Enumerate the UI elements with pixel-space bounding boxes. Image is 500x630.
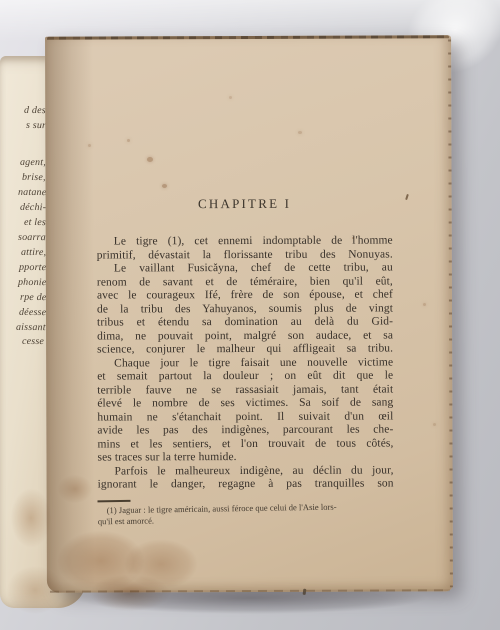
text-line: de la tribu des Yahuyanos, soumis plus d… (97, 302, 393, 317)
text-line: humain ne s'étanchait point. Il suivait … (97, 410, 393, 425)
text-line: ses traces sur la terre humide. (97, 450, 393, 465)
text-line: Parfois le malheureux indigène, au décli… (98, 464, 394, 479)
text-line: mins et les sentiers, et l'on trouvait d… (97, 437, 393, 452)
body-text: Le tigre (1), cet ennemi indomptable de … (97, 234, 394, 492)
text-line: et semait partout la douleur ; on eût di… (97, 369, 393, 384)
left-page-text-fragment: s sur (26, 120, 46, 131)
left-page-text-fragment: attire, (21, 247, 46, 258)
left-page-text-fragment: déchi- (20, 202, 46, 213)
left-page-text-fragment: agent, (20, 157, 46, 168)
text-line: dima, ne pouvait point, malgré son audac… (97, 329, 393, 344)
left-page-text-fragment: déesse (19, 307, 46, 318)
text-line: Chaque jour le tigre faisait une nouvell… (97, 356, 393, 371)
left-page-text-fragment: rpe de (19, 292, 46, 303)
text-line: Le vaillant Fusicăyna, chef de cette tri… (97, 261, 393, 276)
text-line: ignorant le danger, regagne à pas tranqu… (98, 477, 394, 492)
left-page-text-fragment: soarra (18, 232, 46, 243)
text-line: terrible fauve ne se rassasiait jamais, … (97, 383, 393, 398)
text-line: tribus et étendu sa domination au delà d… (97, 315, 393, 330)
gutter-shadow (45, 37, 95, 593)
left-page-text-fragment: pporte (19, 262, 46, 273)
page-right-edge (448, 39, 453, 587)
page-top-deckle-edge (47, 35, 449, 39)
left-page-text-fragment: brise, (22, 172, 46, 183)
left-page-text-fragment: phonie (18, 277, 47, 288)
footnote: (1) Jaguar : le tigre américain, aussi f… (97, 496, 397, 529)
left-page-text-fragment: aissant (16, 322, 46, 333)
text-line: primitif, dévastait la florissante tribu… (97, 248, 393, 263)
text-line: avide les pas des indigènes, parcourant … (97, 423, 393, 438)
left-page-text-fragment: d des (24, 105, 46, 116)
text-line: science, conjurer le malheur qui afflige… (97, 342, 393, 357)
book-page: CHAPITRE I Le tigre (1), cet ennemi indo… (45, 35, 453, 592)
text-line: Le tigre (1), cet ennemi indomptable de … (97, 234, 393, 249)
text-line: avec le courageux Ifé, frère de son épou… (97, 288, 393, 303)
text-line: élevé le nombre de ses victimes. Sa soif… (97, 396, 393, 411)
left-page-text-fragment: et les (24, 217, 46, 228)
left-page-text-fragment: natane (18, 187, 47, 198)
footnote-rule (97, 500, 130, 502)
text-line: renom de savant et de téméraire, bien qu… (97, 275, 393, 290)
chapter-heading: CHAPITRE I (97, 195, 393, 212)
